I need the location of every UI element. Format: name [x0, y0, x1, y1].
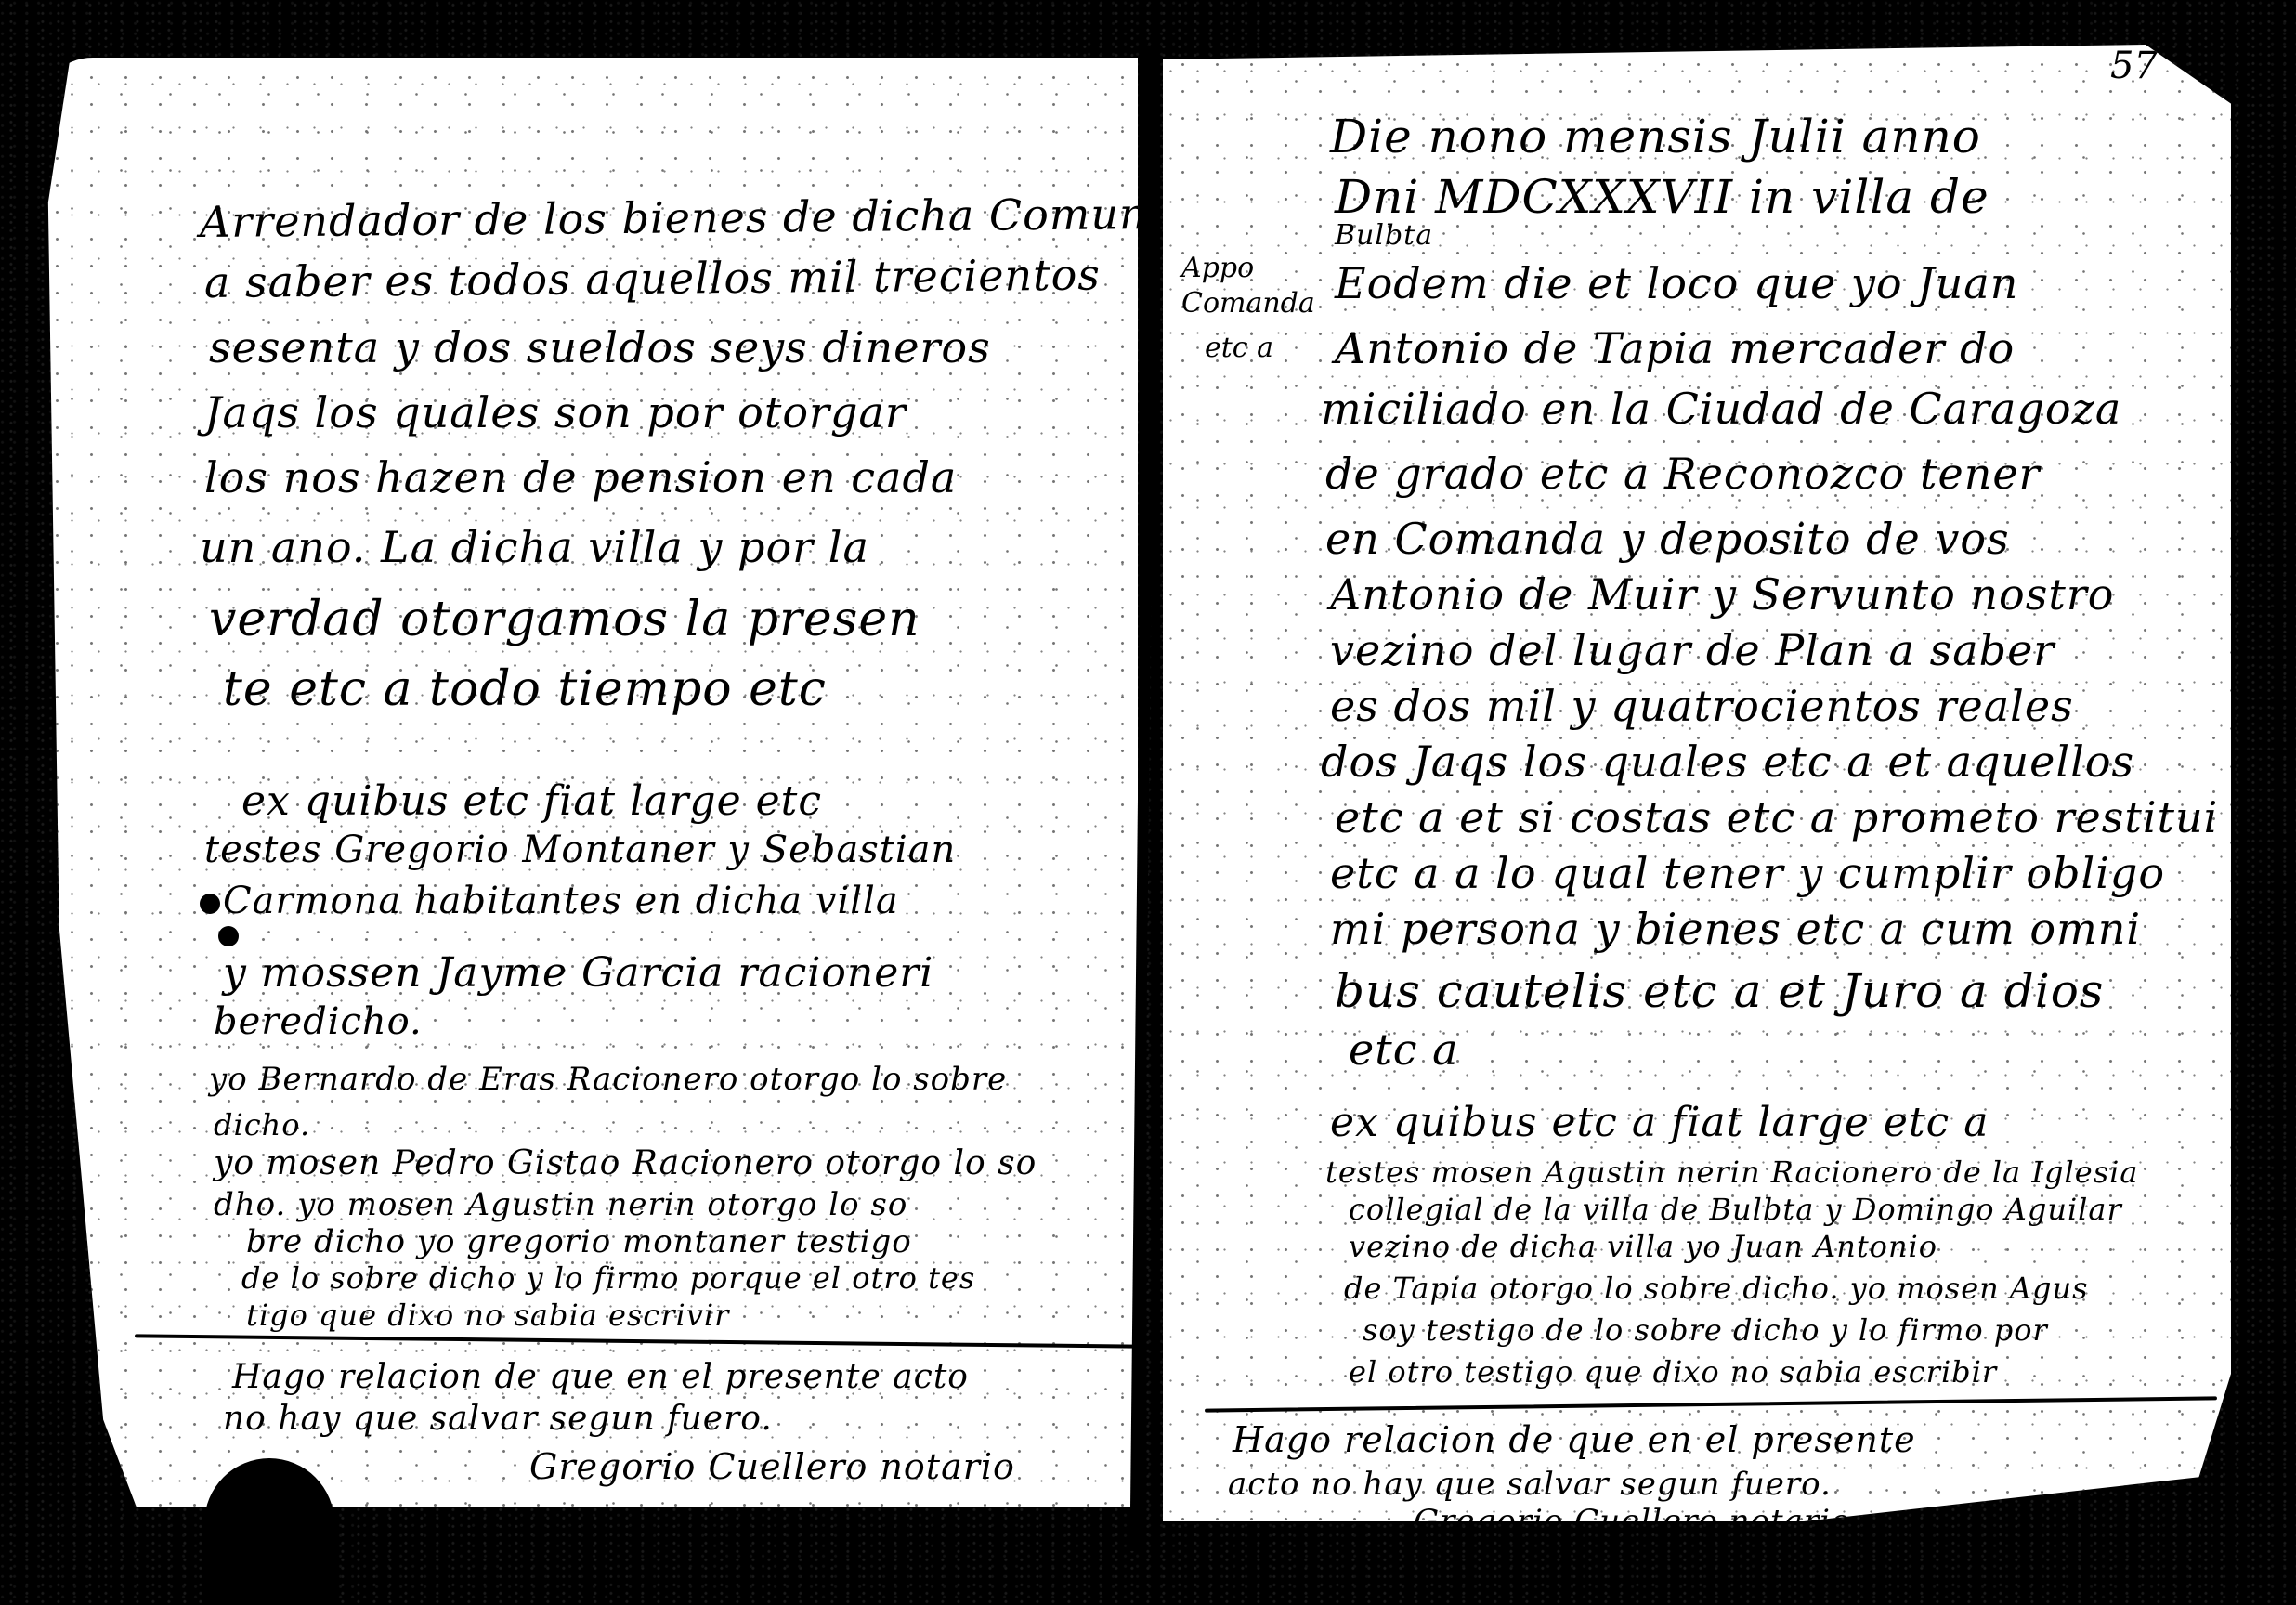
signature-line: de lo sobre dicho y lo firmo porque el o…	[241, 1260, 975, 1296]
right-page: 57 Appo Comanda etc a Die nono mensis Ju…	[1163, 45, 2231, 1521]
text-line: sesenta y dos sueldos seys dineros	[209, 322, 991, 372]
footer-line: Hago relacion de que en el presente acto	[232, 1358, 969, 1396]
witness-line: y mossen Jayme Garcia racioneri	[223, 949, 933, 997]
text-line: un ano. La dicha villa y por la	[200, 522, 869, 572]
witness-line: testes Gregorio Montaner y Sebastian	[204, 829, 956, 871]
witness-line: ex quibus etc a fiat large etc a	[1330, 1099, 1989, 1146]
notary-signature: Gregorio Cuellero notario	[1414, 1503, 1851, 1521]
text-line: Eodem die et loco que yo Juan	[1335, 258, 2018, 308]
margin-note: Appo Comanda etc a	[1181, 251, 1315, 366]
signature-line: dicho.	[214, 1107, 310, 1142]
text-line: mi persona y bienes etc a cum omni	[1330, 904, 2141, 954]
text-line: los nos hazen de pension en cada	[204, 452, 957, 502]
footer-line: acto no hay que salvar segun fuero.	[1228, 1466, 1832, 1503]
ink-blot	[218, 926, 239, 946]
text-line: de grado etc a Reconozco tener	[1325, 449, 2041, 499]
signature-line: yo Bernardo de Eras Racionero otorgo lo …	[209, 1061, 1007, 1098]
left-page: Arrendador de los bienes de dicha Comun …	[37, 58, 1138, 1507]
text-line: etc a a lo qual tener y cumplir obligo	[1330, 848, 2165, 898]
text-line: etc a et si costas etc a prometo restitu…	[1335, 792, 2218, 842]
signature-line: de Tapia otorgo lo sobre dicho. yo mosen…	[1344, 1271, 2089, 1306]
text-line: te etc a todo tiempo etc	[223, 661, 827, 717]
text-line: Arrendador de los bienes de dicha Comun	[200, 189, 1138, 247]
signature-line: el otro testigo que dixo no sabia escrib…	[1349, 1354, 1997, 1390]
page-number: 57	[2110, 45, 2158, 87]
witness-line: collegial de la villa de Bulbta y Doming…	[1349, 1192, 2122, 1227]
signature-line: bre dicho yo gregorio montaner testigo	[246, 1223, 912, 1260]
witness-line: beredicho.	[214, 1000, 423, 1043]
text-line: bus cautelis etc a et Juro a dios	[1335, 964, 2104, 1018]
signature-line: soy testigo de lo sobre dicho y lo firmo…	[1363, 1312, 2048, 1348]
notary-signature: Gregorio Cuellero notario	[529, 1446, 1015, 1487]
text-line: Bulbta	[1335, 219, 1433, 252]
footer-line: no hay que salvar segun fuero.	[223, 1400, 773, 1438]
footer-line: Hago relacion de que en el presente	[1233, 1419, 1916, 1460]
text-line: verdad otorgamos la presen	[209, 592, 920, 647]
text-line: es dos mil y quatrocientos reales	[1330, 681, 2074, 731]
margin-note-line: Appo	[1181, 251, 1315, 286]
margin-note-line: Comanda	[1181, 286, 1315, 321]
text-line: etc a	[1349, 1024, 1459, 1075]
text-line: a saber es todos aquellos mil trecientos	[204, 250, 1101, 307]
text-line: Dni MDCXXXVII in villa de	[1335, 170, 1989, 224]
text-line: vezino del lugar de Plan a saber	[1330, 625, 2055, 675]
witness-line: vezino de dicha villa yo Juan Antonio	[1349, 1229, 1937, 1264]
signature-line: tigo que dixo no sabia escrivir	[246, 1298, 729, 1333]
text-line: Die nono mensis Julii anno	[1330, 110, 1981, 163]
witness-line: Carmona habitantes en dicha villa	[223, 880, 899, 922]
separator-rule	[1205, 1396, 2217, 1412]
ink-blot	[200, 894, 220, 914]
text-line: Antonio de Tapia mercader do	[1335, 323, 2015, 373]
margin-note-line: etc a	[1205, 331, 1315, 366]
text-line: en Comanda y deposito de vos	[1325, 514, 2010, 564]
witness-line: testes mosen Agustin nerin Racionero de …	[1325, 1155, 2138, 1190]
signature-line: yo mosen Pedro Gistao Racionero otorgo l…	[214, 1144, 1037, 1182]
thumb-shadow	[204, 1458, 334, 1605]
separator-rule	[135, 1334, 1138, 1348]
text-line: dos Jaqs los quales etc a et aquellos	[1321, 737, 2134, 787]
text-line: miciliado en la Ciudad de Caragoza	[1321, 384, 2121, 434]
text-line: Antonio de Muir y Servunto nostro	[1330, 569, 2115, 620]
witness-line: ex quibus etc fiat large etc	[241, 777, 822, 825]
text-line: Jaqs los quales son por otorgar	[204, 387, 907, 437]
signature-line: dho. yo mosen Agustin nerin otorgo lo so	[214, 1186, 907, 1223]
